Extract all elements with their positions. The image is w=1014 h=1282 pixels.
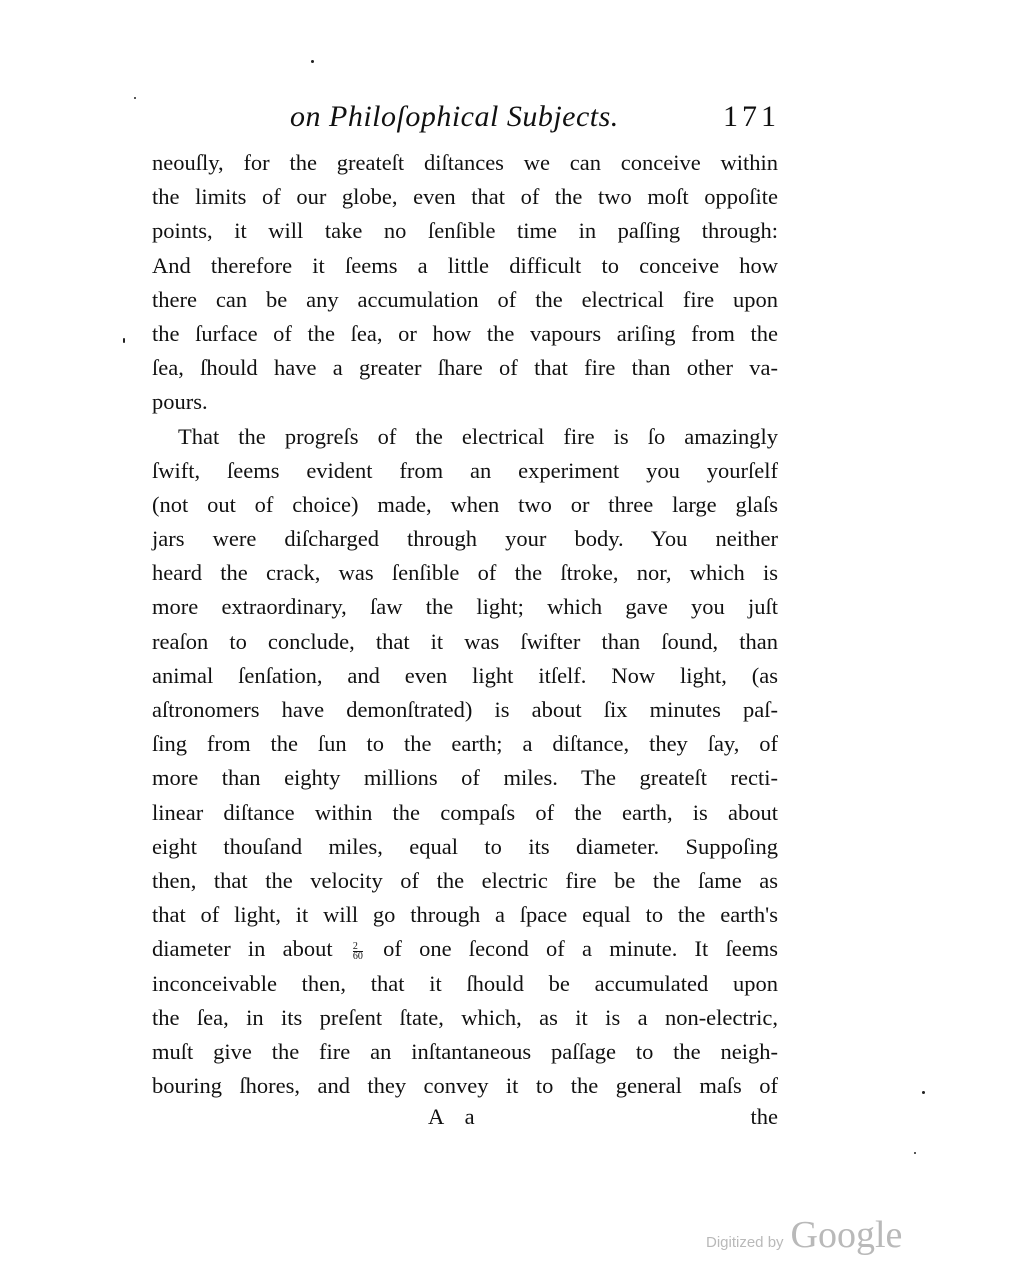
text-line: then, that the velocity of the electric … bbox=[152, 864, 778, 898]
running-head: on Philoſophical Subjects. 171 bbox=[150, 100, 780, 140]
scan-speck bbox=[311, 60, 314, 63]
scan-speck bbox=[123, 338, 125, 343]
text-line: bouring ſhores, and they convey it to th… bbox=[152, 1069, 778, 1103]
text-line: muſt give the fire an inſtantaneous paſſ… bbox=[152, 1035, 778, 1069]
fraction-numerator: 2 bbox=[353, 942, 363, 951]
fraction-denominator: 60 bbox=[353, 951, 363, 961]
text-line: And therefore it ſeems a little difficul… bbox=[152, 249, 778, 283]
text-line: aſtronomers have demonſtrated) is about … bbox=[152, 693, 778, 727]
scan-speck bbox=[134, 97, 136, 99]
text-line: heard the crack, was ſenſible of the ſtr… bbox=[152, 556, 778, 590]
text-line: eight thouſand miles, equal to its diame… bbox=[152, 830, 778, 864]
text-line: the ſurface of the ſea, or how the vapou… bbox=[152, 317, 778, 351]
text-line: points, it will take no ſenſible time in… bbox=[152, 214, 778, 248]
google-logo-text: Google bbox=[791, 1214, 903, 1256]
digitized-by-google-watermark: Digitized by Google bbox=[706, 1213, 902, 1257]
book-page: on Philoſophical Subjects. 171 neouſly, … bbox=[0, 0, 1014, 1282]
text-line: animal ſenſation, and even light itſelf.… bbox=[152, 659, 778, 693]
text-line-paragraph-start: That the progreſs of the electrical fire… bbox=[152, 420, 778, 454]
text-line: inconceivable then, that it ſhould be ac… bbox=[152, 967, 778, 1001]
fraction: 2 60 bbox=[353, 942, 363, 961]
signature-mark: A a bbox=[428, 1104, 483, 1130]
text-line: there can be any accumulation of the ele… bbox=[152, 283, 778, 317]
text-line: (not out of choice) made, when two or th… bbox=[152, 488, 778, 522]
text-line: ſwift, ſeems evident from an experiment … bbox=[152, 454, 778, 488]
page-number: 171 bbox=[723, 100, 780, 134]
text-line: ſing from the ſun to the earth; a diſtan… bbox=[152, 727, 778, 761]
catchword: the bbox=[751, 1104, 779, 1130]
text-line: the ſea, in its preſent ſtate, which, as… bbox=[152, 1001, 778, 1035]
text-line: neouſly, for the greateſt diſtances we c… bbox=[152, 146, 778, 180]
text-line: more than eighty millions of miles. The … bbox=[152, 761, 778, 795]
text-line: that of light, it will go through a ſpac… bbox=[152, 898, 778, 932]
scan-speck bbox=[922, 1091, 925, 1094]
text-line: the limits of our globe, even that of th… bbox=[152, 180, 778, 214]
scan-speck bbox=[914, 1152, 916, 1154]
text-line-paragraph-end: pours. bbox=[152, 385, 778, 419]
text-line: jars were diſcharged through your body. … bbox=[152, 522, 778, 556]
fraction-line-before: diameter in about bbox=[152, 936, 333, 961]
text-line-with-fraction: diameter in about 2 60 of one ſecond of … bbox=[152, 932, 778, 966]
page-footer: A a the bbox=[152, 1104, 778, 1138]
text-line: reaſon to conclude, that it was ſwifter … bbox=[152, 625, 778, 659]
body-text: neouſly, for the greateſt diſtances we c… bbox=[152, 146, 778, 1103]
text-line: ſea, ſhould have a greater ſhare of that… bbox=[152, 351, 778, 385]
running-title: on Philoſophical Subjects. bbox=[290, 100, 619, 134]
text-line: more extraordinary, ſaw the light; which… bbox=[152, 590, 778, 624]
text-line: linear diſtance within the compaſs of th… bbox=[152, 796, 778, 830]
watermark-prefix: Digitized by bbox=[706, 1234, 784, 1251]
fraction-line-after: of one ſecond of a minute. It ſeems bbox=[383, 936, 778, 961]
